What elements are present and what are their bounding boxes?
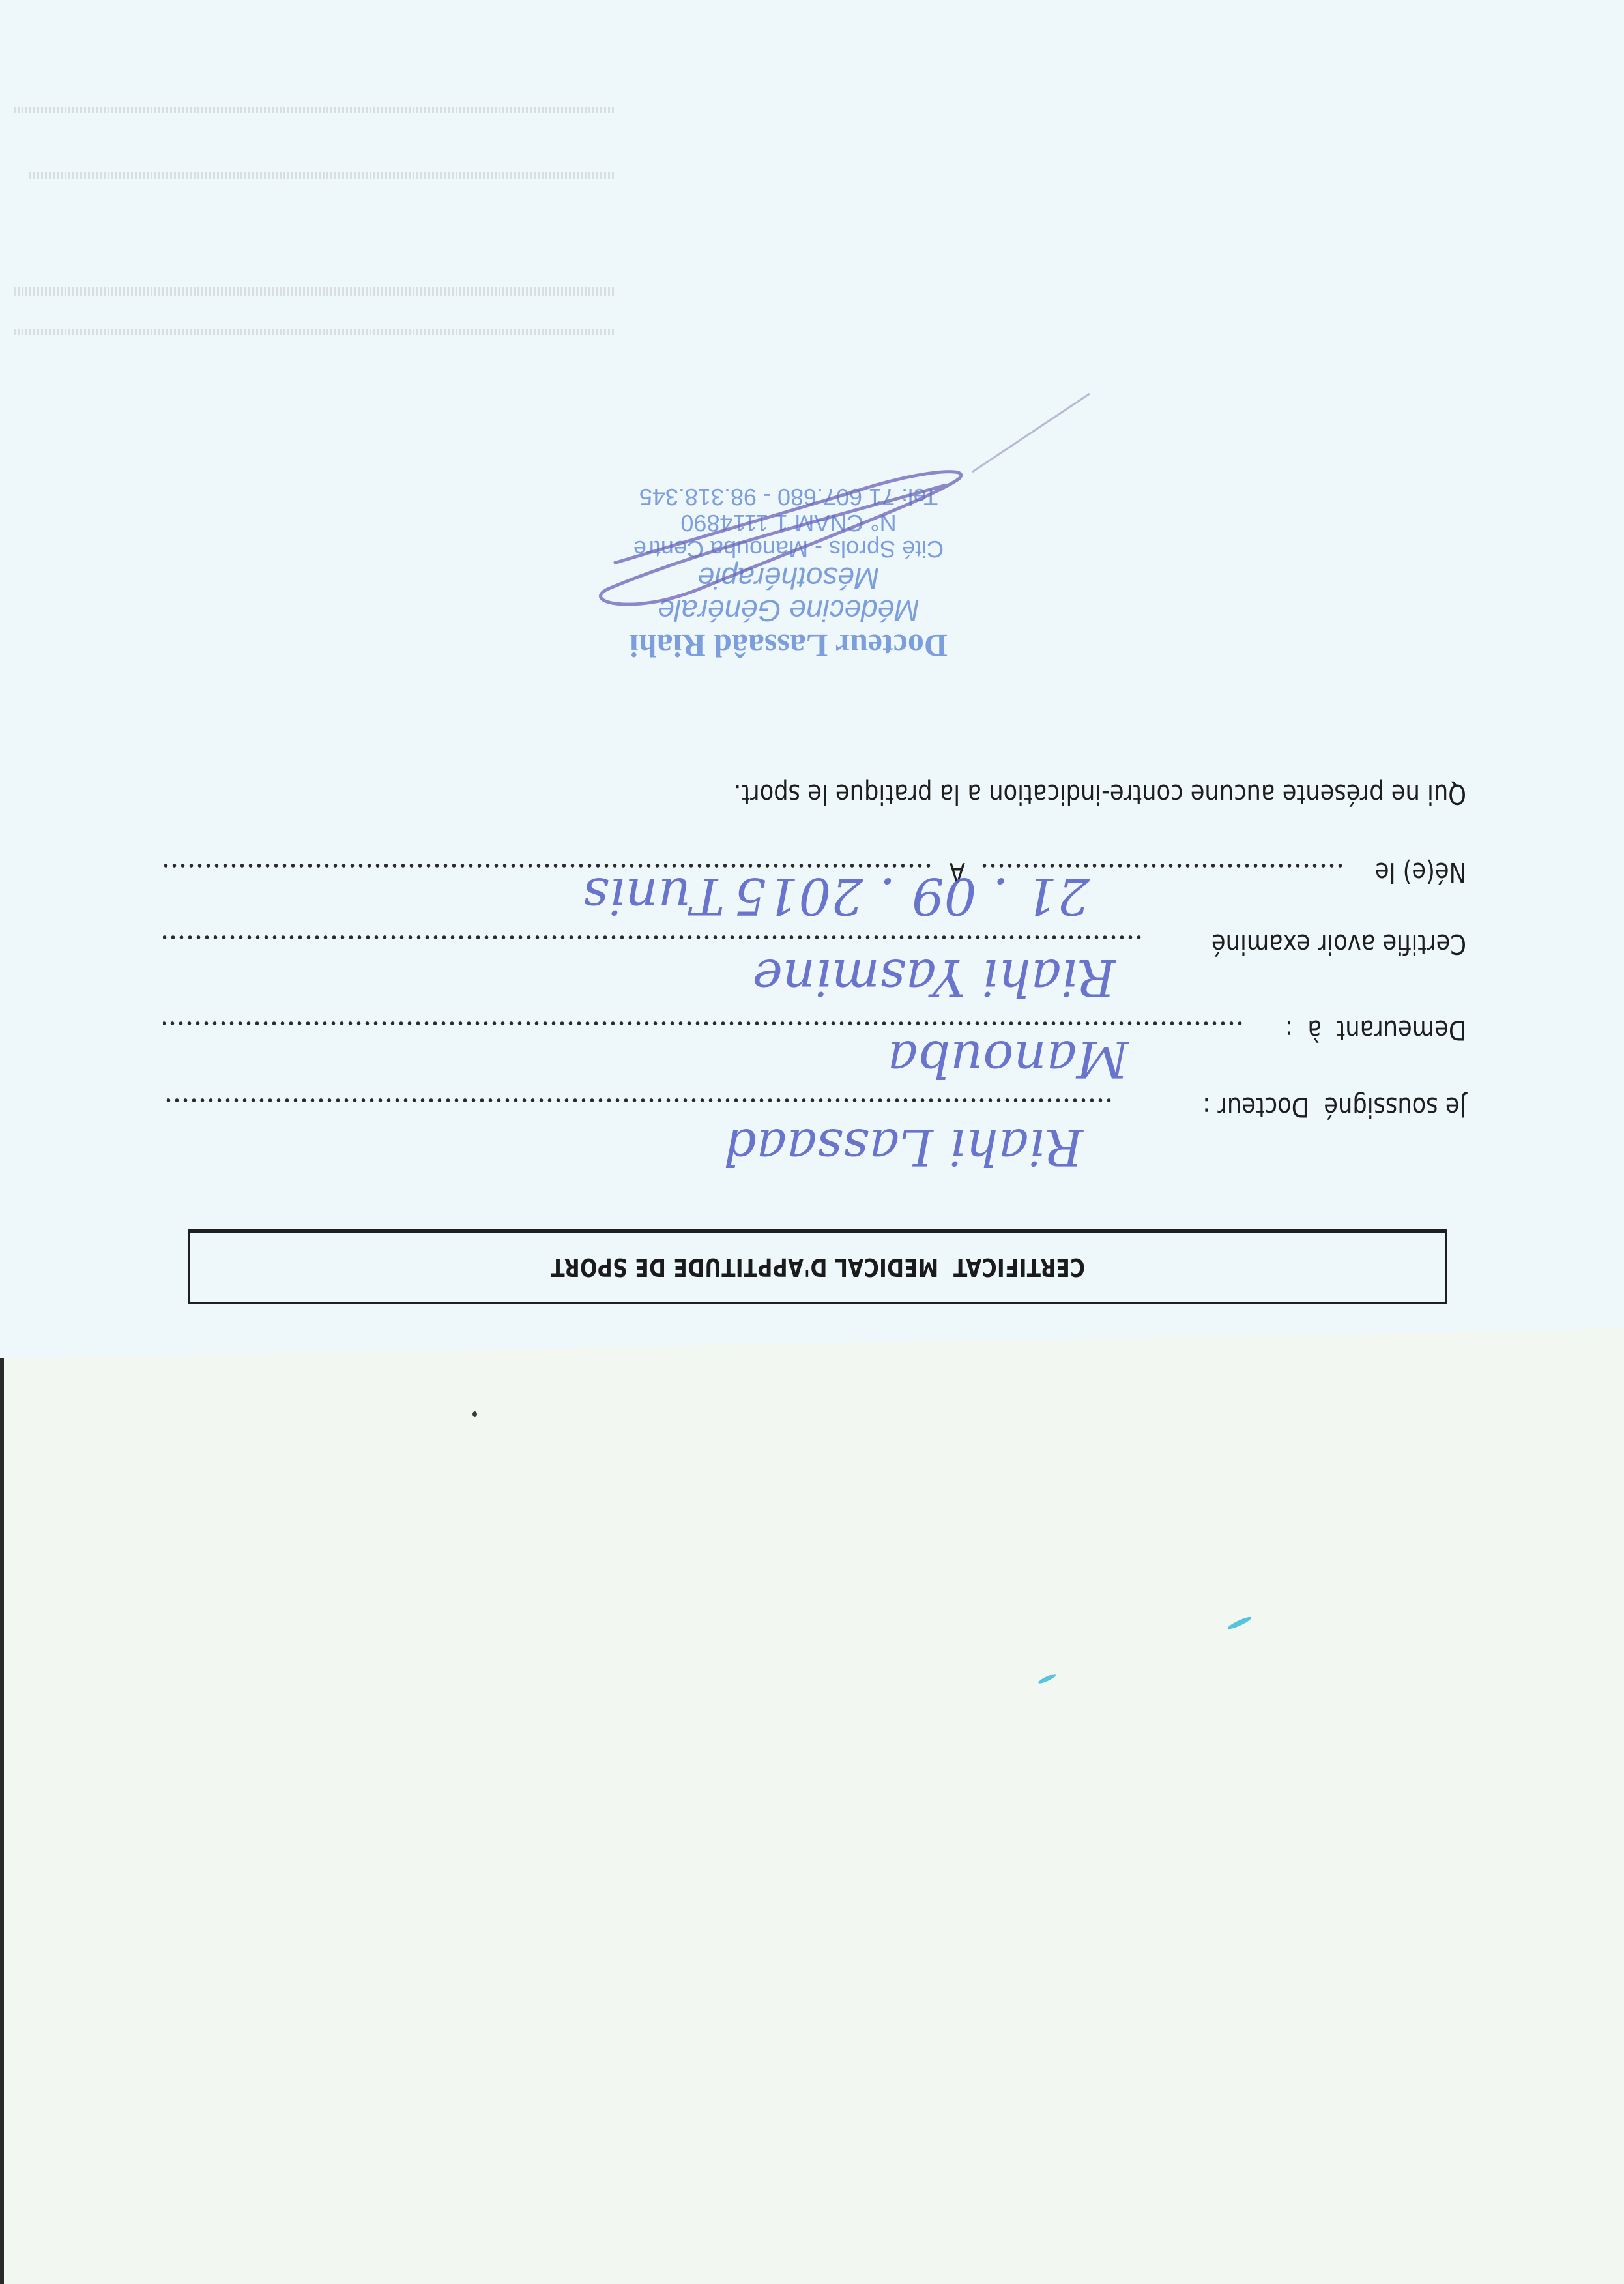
stamp-specialty: Mésothérapie: [580, 562, 997, 594]
show-through-text: [14, 329, 614, 335]
field-label: Je soussigné Docteur :: [1202, 1091, 1466, 1123]
handwritten-birth-place: Tunis: [583, 866, 725, 925]
dust-spot: [472, 1411, 477, 1417]
handwritten-birth-date: 21 . 09 . 2015: [734, 866, 1090, 925]
field-label: Né(e) le: [1375, 856, 1466, 888]
scanned-certificate-page: CERTIFICAT MEDICAL D'APPTITUDE DE SPORT …: [0, 0, 1624, 2284]
stamp-specialty: Médecine Générale: [580, 594, 997, 627]
stamp-doctor-name: Docteur Lassaâd Riahi: [580, 627, 997, 665]
show-through-text: [27, 172, 614, 179]
document-title: CERTIFICAT MEDICAL D'APPTITUDE DE SPORT: [550, 1253, 1084, 1281]
dotted-leader: [163, 1021, 1244, 1026]
handwritten-doctor-name: Riahi Lassaad: [724, 1117, 1083, 1176]
dotted-leader: [163, 1098, 1113, 1103]
handwritten-address: Manouba: [888, 1029, 1129, 1088]
show-through-text: [14, 107, 614, 113]
field-address: Demeurant à :: [163, 1014, 1466, 1053]
scan-edge-shadow: [0, 1352, 4, 2284]
dotted-leader: [163, 935, 1143, 940]
title-box: CERTIFICAT MEDICAL D'APPTITUDE DE SPORT: [188, 1229, 1447, 1304]
stamp-address: Cité Sprols - Manouba Centre: [580, 536, 997, 562]
statement-text: Qui ne présente aucune contre-indication…: [734, 778, 1466, 810]
field-label: Demeurant à :: [1285, 1014, 1466, 1046]
field-label: Certifie avoir examiné: [1211, 928, 1466, 960]
stamp-cnam: N° CNAM 1 1114890: [580, 510, 997, 536]
show-through-text: [14, 287, 614, 296]
statement-line: Qui ne présente aucune contre-indication…: [163, 778, 1466, 817]
stamp-phone: Tel: 71 607.680 - 98.318.345: [580, 484, 997, 510]
doctor-stamp: Docteur Lassaâd Riahi Médecine Générale …: [580, 469, 997, 665]
handwritten-patient-name: Riahi Yasmine: [753, 948, 1116, 1006]
lower-paper-sheet: [0, 1332, 1624, 2284]
